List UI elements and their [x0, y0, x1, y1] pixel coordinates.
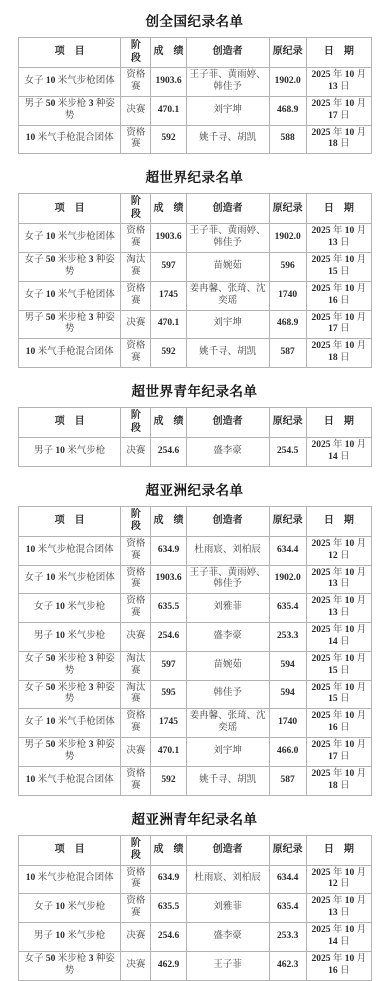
cell-date: 2025 年 10 月 17 日: [306, 738, 371, 767]
cell-score: 1903.6: [151, 565, 186, 594]
table-title: 超世界纪录名单: [0, 166, 389, 186]
cell-creator: 王子菲、黄雨婷、韩佳予: [186, 224, 269, 253]
cell-original-record: 1740: [269, 709, 306, 738]
cell-stage: 资格赛: [121, 224, 151, 253]
table-row: 女子 50 米步枪 3 种姿势淘汰赛597苗婉茹5962025 年 10 月 1…: [19, 253, 372, 282]
cell-stage: 资格赛: [121, 594, 151, 623]
cell-stage: 淘汰赛: [121, 651, 151, 680]
header-date: 日 期: [306, 194, 371, 224]
cell-creator: 刘宇坤: [186, 96, 269, 125]
cell-score: 470.1: [151, 96, 186, 125]
record-section: 超亚洲纪录名单 项 目阶 段成 绩创造者原纪录日 期 10 米气步枪混合团体资格…: [0, 479, 389, 796]
cell-creator: 王子菲、黄雨婷、韩佳予: [186, 68, 269, 97]
cell-creator: 苗婉茹: [186, 651, 269, 680]
table-row: 女子 10 米气步枪资格赛635.5刘雅菲635.42025 年 10 月 13…: [19, 894, 372, 923]
cell-event: 女子 50 米步枪 3 种姿势: [19, 253, 121, 282]
cell-event: 女子 10 米气步枪: [19, 594, 121, 623]
header-score: 成 绩: [151, 194, 186, 224]
cell-score: 470.1: [151, 310, 186, 339]
cell-date: 2025 年 10 月 17 日: [306, 96, 371, 125]
header-date: 日 期: [306, 506, 371, 536]
table-row: 女子 50 米步枪 3 种姿势决赛462.9王子菲462.32025 年 10 …: [19, 951, 372, 980]
cell-event: 女子 10 米气步枪团体: [19, 565, 121, 594]
header-stage: 阶 段: [121, 408, 151, 438]
table-row: 10 米气步枪混合团体资格赛634.9杜雨宸、刘柏辰634.42025 年 10…: [19, 865, 372, 894]
cell-stage: 决赛: [121, 923, 151, 952]
cell-stage: 决赛: [121, 96, 151, 125]
cell-creator: 苗婉茹: [186, 253, 269, 282]
table-row: 女子 10 米气手枪团体资格赛1745姜冉馨、张琦、沈奕瑶17402025 年 …: [19, 281, 372, 310]
cell-event: 男子 50 米步枪 3 种姿势: [19, 738, 121, 767]
table-row: 女子 10 米气步枪资格赛635.5刘雅菲635.42025 年 10 月 13…: [19, 594, 372, 623]
cell-event: 10 米气手枪混合团体: [19, 125, 121, 154]
cell-event: 女子 10 米气步枪: [19, 894, 121, 923]
record-lists-document: 创全国纪录名单 项 目阶 段成 绩创造者原纪录日 期 女子 10 米气步枪团体资…: [0, 0, 389, 981]
cell-date: 2025 年 10 月 13 日: [306, 565, 371, 594]
cell-stage: 决赛: [121, 438, 151, 467]
cell-stage: 资格赛: [121, 894, 151, 923]
table-row: 女子 50 米步枪 3 种姿势淘汰赛597苗婉茹5942025 年 10 月 1…: [19, 651, 372, 680]
header-stage: 阶 段: [121, 835, 151, 865]
table-row: 男子 10 米气步枪决赛254.6盛李豪254.52025 年 10 月 14 …: [19, 438, 372, 467]
cell-event: 10 米气步枪混合团体: [19, 865, 121, 894]
table-row: 女子 10 米气手枪团体资格赛1745姜冉馨、张琦、沈奕瑶17402025 年 …: [19, 709, 372, 738]
cell-creator: 刘雅菲: [186, 894, 269, 923]
table-row: 女子 50 米步枪 3 种姿势淘汰赛595韩佳予5942025 年 10 月 1…: [19, 680, 372, 709]
table-row: 男子 50 米步枪 3 种姿势决赛470.1刘宇坤468.92025 年 10 …: [19, 310, 372, 339]
cell-original-record: 594: [269, 680, 306, 709]
table-header-row: 项 目阶 段成 绩创造者原纪录日 期: [19, 506, 372, 536]
cell-date: 2025 年 10 月 16 日: [306, 281, 371, 310]
cell-creator: 盛李豪: [186, 623, 269, 652]
header-stage: 阶 段: [121, 194, 151, 224]
cell-creator: 杜雨宸、刘柏辰: [186, 536, 269, 565]
cell-score: 254.6: [151, 923, 186, 952]
cell-creator: 王子菲、黄雨婷、韩佳予: [186, 565, 269, 594]
cell-original-record: 635.4: [269, 594, 306, 623]
cell-original-record: 1740: [269, 281, 306, 310]
cell-original-record: 254.5: [269, 438, 306, 467]
cell-original-record: 634.4: [269, 865, 306, 894]
cell-score: 1745: [151, 709, 186, 738]
header-stage: 阶 段: [121, 38, 151, 68]
cell-creator: 姜冉馨、张琦、沈奕瑶: [186, 281, 269, 310]
header-creator: 创造者: [186, 506, 269, 536]
cell-creator: 王子菲: [186, 951, 269, 980]
table-body: 男子 10 米气步枪决赛254.6盛李豪254.52025 年 10 月 14 …: [19, 438, 372, 467]
cell-date: 2025 年 10 月 13 日: [306, 68, 371, 97]
cell-creator: 刘宇坤: [186, 738, 269, 767]
table-header-row: 项 目阶 段成 绩创造者原纪录日 期: [19, 835, 372, 865]
header-score: 成 绩: [151, 408, 186, 438]
cell-date: 2025 年 10 月 15 日: [306, 680, 371, 709]
cell-date: 2025 年 10 月 15 日: [306, 253, 371, 282]
table-row: 男子 50 米步枪 3 种姿势决赛470.1刘宇坤466.02025 年 10 …: [19, 738, 372, 767]
record-table: 项 目阶 段成 绩创造者原纪录日 期 女子 10 米气步枪团体资格赛1903.6…: [18, 37, 372, 154]
cell-original-record: 253.3: [269, 923, 306, 952]
record-section: 超亚洲青年纪录名单 项 目阶 段成 绩创造者原纪录日 期 10 米气步枪混合团体…: [0, 808, 389, 981]
cell-stage: 淘汰赛: [121, 680, 151, 709]
cell-date: 2025 年 10 月 14 日: [306, 923, 371, 952]
cell-original-record: 468.9: [269, 310, 306, 339]
cell-event: 男子 50 米步枪 3 种姿势: [19, 96, 121, 125]
header-creator: 创造者: [186, 835, 269, 865]
cell-creator: 姚千寻、胡凯: [186, 339, 269, 368]
cell-stage: 决赛: [121, 310, 151, 339]
header-original-record: 原纪录: [269, 38, 306, 68]
cell-score: 1903.6: [151, 224, 186, 253]
record-table: 项 目阶 段成 绩创造者原纪录日 期 女子 10 米气步枪团体资格赛1903.6…: [18, 193, 372, 368]
cell-date: 2025 年 10 月 14 日: [306, 438, 371, 467]
cell-score: 634.9: [151, 865, 186, 894]
table-title: 创全国纪录名单: [0, 10, 389, 30]
cell-stage: 资格赛: [121, 281, 151, 310]
cell-original-record: 588: [269, 125, 306, 154]
table-body: 女子 10 米气步枪团体资格赛1903.6王子菲、黄雨婷、韩佳予1902.020…: [19, 224, 372, 368]
cell-score: 635.5: [151, 894, 186, 923]
cell-score: 592: [151, 766, 186, 795]
cell-stage: 资格赛: [121, 709, 151, 738]
cell-original-record: 468.9: [269, 96, 306, 125]
header-item: 项 目: [19, 38, 121, 68]
cell-original-record: 587: [269, 339, 306, 368]
cell-event: 女子 10 米气步枪团体: [19, 68, 121, 97]
header-score: 成 绩: [151, 506, 186, 536]
header-creator: 创造者: [186, 408, 269, 438]
cell-original-record: 1902.0: [269, 68, 306, 97]
header-date: 日 期: [306, 835, 371, 865]
table-row: 10 米气步枪混合团体资格赛634.9杜雨宸、刘柏辰634.42025 年 10…: [19, 536, 372, 565]
cell-event: 10 米气手枪混合团体: [19, 766, 121, 795]
cell-event: 男子 50 米步枪 3 种姿势: [19, 310, 121, 339]
cell-score: 597: [151, 651, 186, 680]
cell-creator: 杜雨宸、刘柏辰: [186, 865, 269, 894]
cell-stage: 决赛: [121, 738, 151, 767]
cell-event: 女子 10 米气手枪团体: [19, 281, 121, 310]
cell-original-record: 1902.0: [269, 565, 306, 594]
header-item: 项 目: [19, 194, 121, 224]
table-title: 超亚洲纪录名单: [0, 479, 389, 499]
cell-event: 10 米气手枪混合团体: [19, 339, 121, 368]
header-date: 日 期: [306, 408, 371, 438]
cell-score: 592: [151, 339, 186, 368]
cell-date: 2025 年 10 月 16 日: [306, 709, 371, 738]
record-table: 项 目阶 段成 绩创造者原纪录日 期 男子 10 米气步枪决赛254.6盛李豪2…: [18, 407, 372, 467]
cell-creator: 刘雅菲: [186, 594, 269, 623]
table-body: 女子 10 米气步枪团体资格赛1903.6王子菲、黄雨婷、韩佳予1902.020…: [19, 68, 372, 154]
cell-score: 1745: [151, 281, 186, 310]
cell-original-record: 596: [269, 253, 306, 282]
header-item: 项 目: [19, 408, 121, 438]
table-row: 女子 10 米气步枪团体资格赛1903.6王子菲、黄雨婷、韩佳予1902.020…: [19, 565, 372, 594]
record-section: 创全国纪录名单 项 目阶 段成 绩创造者原纪录日 期 女子 10 米气步枪团体资…: [0, 10, 389, 154]
table-title: 超亚洲青年纪录名单: [0, 808, 389, 828]
table-header-row: 项 目阶 段成 绩创造者原纪录日 期: [19, 38, 372, 68]
cell-date: 2025 年 10 月 18 日: [306, 125, 371, 154]
table-header-row: 项 目阶 段成 绩创造者原纪录日 期: [19, 408, 372, 438]
cell-stage: 资格赛: [121, 125, 151, 154]
cell-creator: 姚千寻、胡凯: [186, 766, 269, 795]
table-header-row: 项 目阶 段成 绩创造者原纪录日 期: [19, 194, 372, 224]
record-section: 超世界青年纪录名单 项 目阶 段成 绩创造者原纪录日 期 男子 10 米气步枪决…: [0, 380, 389, 467]
cell-creator: 盛李豪: [186, 923, 269, 952]
cell-date: 2025 年 10 月 13 日: [306, 594, 371, 623]
table-body: 10 米气步枪混合团体资格赛634.9杜雨宸、刘柏辰634.42025 年 10…: [19, 536, 372, 795]
cell-creator: 姚千寻、胡凯: [186, 125, 269, 154]
cell-stage: 资格赛: [121, 766, 151, 795]
cell-score: 462.9: [151, 951, 186, 980]
cell-date: 2025 年 10 月 18 日: [306, 339, 371, 368]
cell-stage: 资格赛: [121, 865, 151, 894]
cell-original-record: 587: [269, 766, 306, 795]
cell-date: 2025 年 10 月 12 日: [306, 536, 371, 565]
cell-stage: 决赛: [121, 951, 151, 980]
table-row: 10 米气手枪混合团体资格赛592姚千寻、胡凯5872025 年 10 月 18…: [19, 339, 372, 368]
header-original-record: 原纪录: [269, 506, 306, 536]
cell-date: 2025 年 10 月 12 日: [306, 865, 371, 894]
table-row: 男子 50 米步枪 3 种姿势决赛470.1刘宇坤468.92025 年 10 …: [19, 96, 372, 125]
cell-original-record: 634.4: [269, 536, 306, 565]
cell-creator: 刘宇坤: [186, 310, 269, 339]
cell-event: 男子 10 米气步枪: [19, 438, 121, 467]
cell-event: 女子 10 米气手枪团体: [19, 709, 121, 738]
cell-score: 595: [151, 680, 186, 709]
table-row: 男子 10 米气步枪决赛254.6盛李豪253.32025 年 10 月 14 …: [19, 623, 372, 652]
header-creator: 创造者: [186, 194, 269, 224]
cell-event: 男子 10 米气步枪: [19, 923, 121, 952]
cell-original-record: 462.3: [269, 951, 306, 980]
header-creator: 创造者: [186, 38, 269, 68]
cell-date: 2025 年 10 月 13 日: [306, 894, 371, 923]
header-stage: 阶 段: [121, 506, 151, 536]
cell-score: 635.5: [151, 594, 186, 623]
cell-score: 1903.6: [151, 68, 186, 97]
cell-date: 2025 年 10 月 15 日: [306, 651, 371, 680]
header-date: 日 期: [306, 38, 371, 68]
cell-date: 2025 年 10 月 14 日: [306, 623, 371, 652]
cell-stage: 资格赛: [121, 68, 151, 97]
cell-creator: 姜冉馨、张琦、沈奕瑶: [186, 709, 269, 738]
cell-original-record: 466.0: [269, 738, 306, 767]
cell-score: 254.6: [151, 623, 186, 652]
header-item: 项 目: [19, 506, 121, 536]
header-score: 成 绩: [151, 38, 186, 68]
table-row: 男子 10 米气步枪决赛254.6盛李豪253.32025 年 10 月 14 …: [19, 923, 372, 952]
table-row: 10 米气手枪混合团体资格赛592姚千寻、胡凯5882025 年 10 月 18…: [19, 125, 372, 154]
cell-event: 女子 50 米步枪 3 种姿势: [19, 680, 121, 709]
cell-stage: 决赛: [121, 623, 151, 652]
header-original-record: 原纪录: [269, 194, 306, 224]
cell-score: 470.1: [151, 738, 186, 767]
cell-date: 2025 年 10 月 16 日: [306, 951, 371, 980]
record-table: 项 目阶 段成 绩创造者原纪录日 期 10 米气步枪混合团体资格赛634.9杜雨…: [18, 835, 372, 981]
table-body: 10 米气步枪混合团体资格赛634.9杜雨宸、刘柏辰634.42025 年 10…: [19, 865, 372, 980]
cell-score: 254.6: [151, 438, 186, 467]
cell-stage: 资格赛: [121, 536, 151, 565]
cell-date: 2025 年 10 月 17 日: [306, 310, 371, 339]
cell-original-record: 635.4: [269, 894, 306, 923]
cell-stage: 资格赛: [121, 565, 151, 594]
record-section: 超世界纪录名单 项 目阶 段成 绩创造者原纪录日 期 女子 10 米气步枪团体资…: [0, 166, 389, 368]
record-table: 项 目阶 段成 绩创造者原纪录日 期 10 米气步枪混合团体资格赛634.9杜雨…: [18, 506, 372, 796]
cell-stage: 资格赛: [121, 339, 151, 368]
cell-original-record: 253.3: [269, 623, 306, 652]
cell-date: 2025 年 10 月 13 日: [306, 224, 371, 253]
table-title: 超世界青年纪录名单: [0, 380, 389, 400]
header-original-record: 原纪录: [269, 408, 306, 438]
cell-event: 女子 50 米步枪 3 种姿势: [19, 651, 121, 680]
header-score: 成 绩: [151, 835, 186, 865]
header-original-record: 原纪录: [269, 835, 306, 865]
cell-creator: 盛李豪: [186, 438, 269, 467]
cell-score: 592: [151, 125, 186, 154]
cell-event: 10 米气步枪混合团体: [19, 536, 121, 565]
table-row: 女子 10 米气步枪团体资格赛1903.6王子菲、黄雨婷、韩佳予1902.020…: [19, 68, 372, 97]
table-row: 10 米气手枪混合团体资格赛592姚千寻、胡凯5872025 年 10 月 18…: [19, 766, 372, 795]
cell-event: 女子 50 米步枪 3 种姿势: [19, 951, 121, 980]
cell-original-record: 1902.0: [269, 224, 306, 253]
cell-event: 男子 10 米气步枪: [19, 623, 121, 652]
cell-score: 597: [151, 253, 186, 282]
table-row: 女子 10 米气步枪团体资格赛1903.6王子菲、黄雨婷、韩佳予1902.020…: [19, 224, 372, 253]
cell-original-record: 594: [269, 651, 306, 680]
header-item: 项 目: [19, 835, 121, 865]
cell-date: 2025 年 10 月 18 日: [306, 766, 371, 795]
cell-creator: 韩佳予: [186, 680, 269, 709]
cell-stage: 淘汰赛: [121, 253, 151, 282]
cell-score: 634.9: [151, 536, 186, 565]
cell-event: 女子 10 米气步枪团体: [19, 224, 121, 253]
